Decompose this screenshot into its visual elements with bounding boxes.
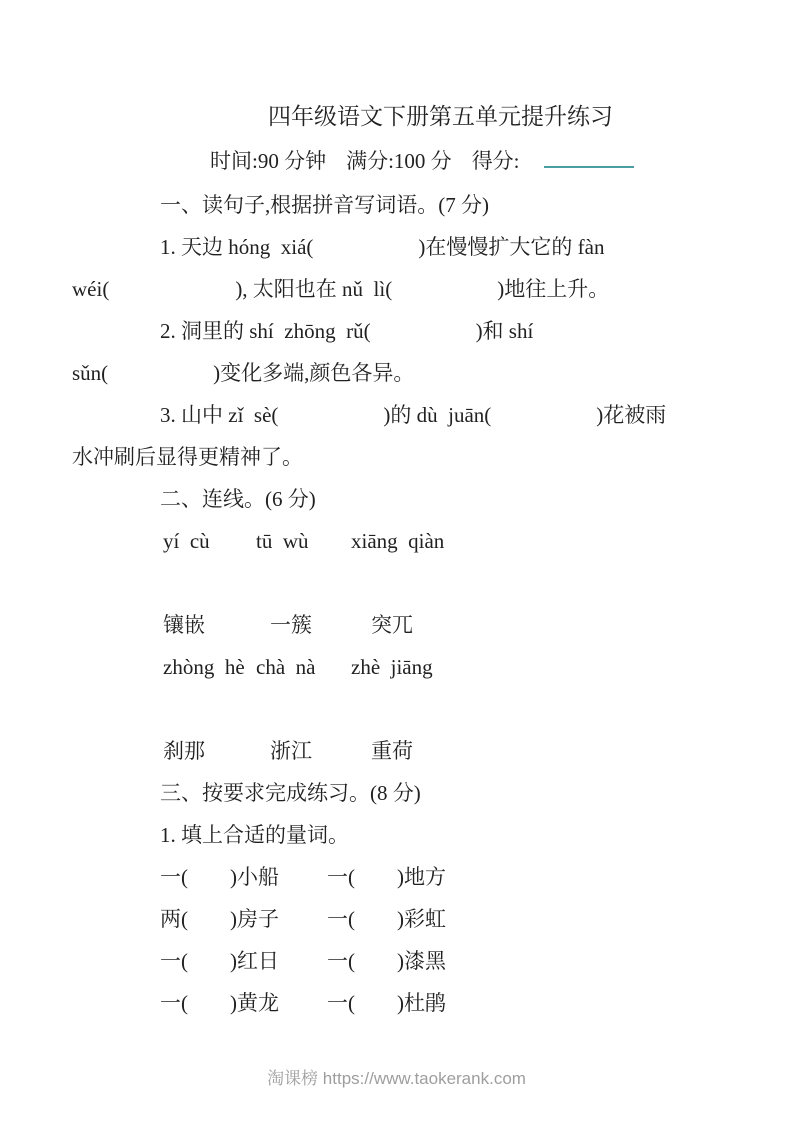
match-word-row-1: 镶嵌一簇突兀 xyxy=(72,604,733,646)
section1-question-2-line-1: 2. 洞里的 shí zhōng rǔ( )和 shí xyxy=(72,310,733,352)
worksheet-content: 四年级语文下册第五单元提升练习 时间:90 分钟满分:100 分得分: 一、读句… xyxy=(0,0,793,1024)
quantifier-blank: 一( )杜鹃 xyxy=(327,982,446,1024)
match-pinyin-cell: zhè jiāng xyxy=(351,646,433,688)
footer-site-name: 淘课榜 xyxy=(267,1069,318,1088)
section2-heading: 二、连线。(6 分) xyxy=(72,478,733,520)
full-score-label: 满分:100 分 xyxy=(346,149,452,173)
footer-url: https://www.taokerank.com xyxy=(323,1069,526,1088)
match-pinyin-cell: zhòng hè xyxy=(163,646,256,688)
score-blank-underline xyxy=(544,152,634,168)
quantifier-row: 一( )小船一( )地方 xyxy=(72,856,733,898)
match-word-row-2: 刹那浙江重荷 xyxy=(72,730,733,772)
quantifier-blank: 两( )房子 xyxy=(160,898,327,940)
quantifier-row: 两( )房子一( )彩虹 xyxy=(72,898,733,940)
quantifier-blank: 一( )小船 xyxy=(160,856,327,898)
quantifier-blank: 一( )黄龙 xyxy=(160,982,327,1024)
match-pinyin-cell: tū wù xyxy=(256,520,351,562)
match-connect-space xyxy=(72,562,733,604)
page-title: 四年级语文下册第五单元提升练习 xyxy=(148,94,733,139)
match-word-cell: 浙江 xyxy=(270,730,371,772)
match-word-cell: 刹那 xyxy=(163,730,270,772)
exam-meta-line: 时间:90 分钟满分:100 分得分: xyxy=(210,139,733,184)
quantifier-blank: 一( )彩虹 xyxy=(327,898,446,940)
time-label: 时间:90 分钟 xyxy=(210,149,326,173)
match-word-cell: 突兀 xyxy=(371,604,413,646)
section1-heading: 一、读句子,根据拼音写词语。(7 分) xyxy=(72,184,733,226)
score-label: 得分: xyxy=(472,149,520,173)
worksheet-page: 四年级语文下册第五单元提升练习 时间:90 分钟满分:100 分得分: 一、读句… xyxy=(0,0,793,1122)
match-pinyin-cell: chà nà xyxy=(256,646,351,688)
match-word-cell: 一簇 xyxy=(270,604,371,646)
section1-question-2-line-2: sǔn( )变化多端,颜色各异。 xyxy=(72,352,733,394)
match-word-cell: 重荷 xyxy=(371,730,413,772)
section1-question-3-line-2: 水冲刷后显得更精神了。 xyxy=(72,436,733,478)
quantifier-blank: 一( )地方 xyxy=(327,856,446,898)
quantifier-blank: 一( )红日 xyxy=(160,940,327,982)
match-pinyin-cell: yí cù xyxy=(163,520,256,562)
section1-question-3-line-1: 3. 山中 zǐ sè( )的 dù juān( )花被雨 xyxy=(72,394,733,436)
section3-heading: 三、按要求完成练习。(8 分) xyxy=(72,772,733,814)
section1-question-1-line-2: wéi( ), 太阳也在 nǔ lì( )地往上升。 xyxy=(72,268,733,310)
quantifier-blank: 一( )漆黑 xyxy=(327,940,446,982)
match-pinyin-row-2: zhòng hèchà nàzhè jiāng xyxy=(72,646,733,688)
match-pinyin-row-1: yí cùtū wùxiāng qiàn xyxy=(72,520,733,562)
match-word-cell: 镶嵌 xyxy=(163,604,270,646)
footer-watermark: 淘课榜 https://www.taokerank.com xyxy=(0,1064,793,1089)
quantifier-row: 一( )黄龙一( )杜鹃 xyxy=(72,982,733,1024)
match-connect-space xyxy=(72,688,733,730)
section3-subheading: 1. 填上合适的量词。 xyxy=(72,814,733,856)
quantifier-row: 一( )红日一( )漆黑 xyxy=(72,940,733,982)
section1-question-1-line-1: 1. 天边 hóng xiá( )在慢慢扩大它的 fàn xyxy=(72,226,733,268)
match-pinyin-cell: xiāng qiàn xyxy=(351,520,444,562)
